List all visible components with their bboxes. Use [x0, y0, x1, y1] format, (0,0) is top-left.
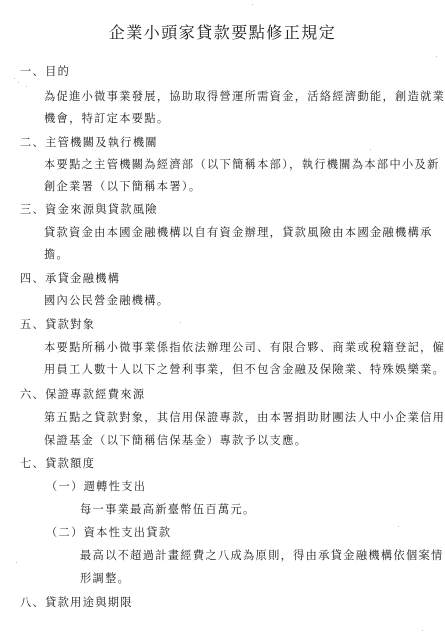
section-5-line-2: 用員工人數十人以下之營利事業，但不包含金融及保險業、特殊娛樂業。 — [44, 362, 445, 378]
section-heading-8: 八、貸款用途與期限 — [20, 595, 133, 611]
scan-speck — [14, 78, 15, 79]
section-6-line-1: 第五點之貸款對象，其信用保證專款，由本署捐助財團法人中小企業信用 — [44, 410, 445, 426]
section-2-line-1: 本要點之主管機關為經濟部（以下簡稱本部），執行機關為本部中小及新 — [44, 157, 440, 173]
document-title: 企業小頭家貸款要點修正規定 — [0, 22, 445, 44]
section-heading-1: 一、目的 — [20, 64, 70, 80]
subsection-7-1-line-1: 每一事業最高新臺幣伍百萬元。 — [80, 502, 256, 518]
subsection-7-2-line-1: 最高以不超過計畫經費之八成為原則，得由承貸金融機構依個案情 — [80, 548, 444, 564]
scan-speck — [26, 86, 27, 87]
section-6-line-2: 保證基金（以下簡稱信保基金）專款予以支應。 — [44, 433, 307, 449]
scan-speck — [370, 149, 371, 150]
section-heading-2: 二、主管機關及執行機關 — [20, 135, 158, 151]
scan-speck — [398, 526, 399, 527]
subsection-heading-7-2: （二）資本性支出貸款 — [46, 525, 171, 541]
section-1-line-1: 為促進小微事業發展，協助取得營運所需資金，活絡經濟動能，創造就業 — [44, 89, 445, 105]
subsection-heading-7-1: （一）週轉性支出 — [46, 479, 146, 495]
section-heading-5: 五、貸款對象 — [20, 317, 95, 333]
scan-speck — [18, 82, 19, 83]
scan-speck — [180, 322, 181, 323]
scan-speck — [436, 56, 437, 57]
scan-speck — [422, 630, 423, 631]
section-heading-4: 四、承貸金融機構 — [20, 271, 120, 287]
section-heading-7: 七、貸款額度 — [20, 456, 95, 472]
section-3-line-1: 貸款資金由本國金融機構以自有資金辦理，貸款風險由本國金融機構承 — [44, 225, 433, 241]
document-page: 企業小頭家貸款要點修正規定 一、目的 為促進小微事業發展，協助取得營運所需資金，… — [0, 0, 445, 637]
section-heading-6: 六、保證專款經費來源 — [20, 387, 145, 403]
scan-speck — [16, 562, 17, 563]
scan-speck — [252, 4, 253, 5]
section-5-line-1: 本要點所稱小微事業係指依法辦理公司、有限合夥、商業或稅籍登記，僱 — [44, 340, 445, 356]
section-3-line-2: 擔。 — [44, 247, 69, 263]
section-heading-3: 三、資金來源與貸款風險 — [20, 202, 158, 218]
section-1-line-2: 機會，特訂定本要點。 — [44, 111, 169, 127]
subsection-7-2-line-2: 形調整。 — [80, 571, 130, 587]
section-2-line-2: 創企業署（以下簡稱本署）。 — [44, 179, 201, 195]
section-4-line-1: 國內公民營金融機構。 — [44, 293, 169, 309]
